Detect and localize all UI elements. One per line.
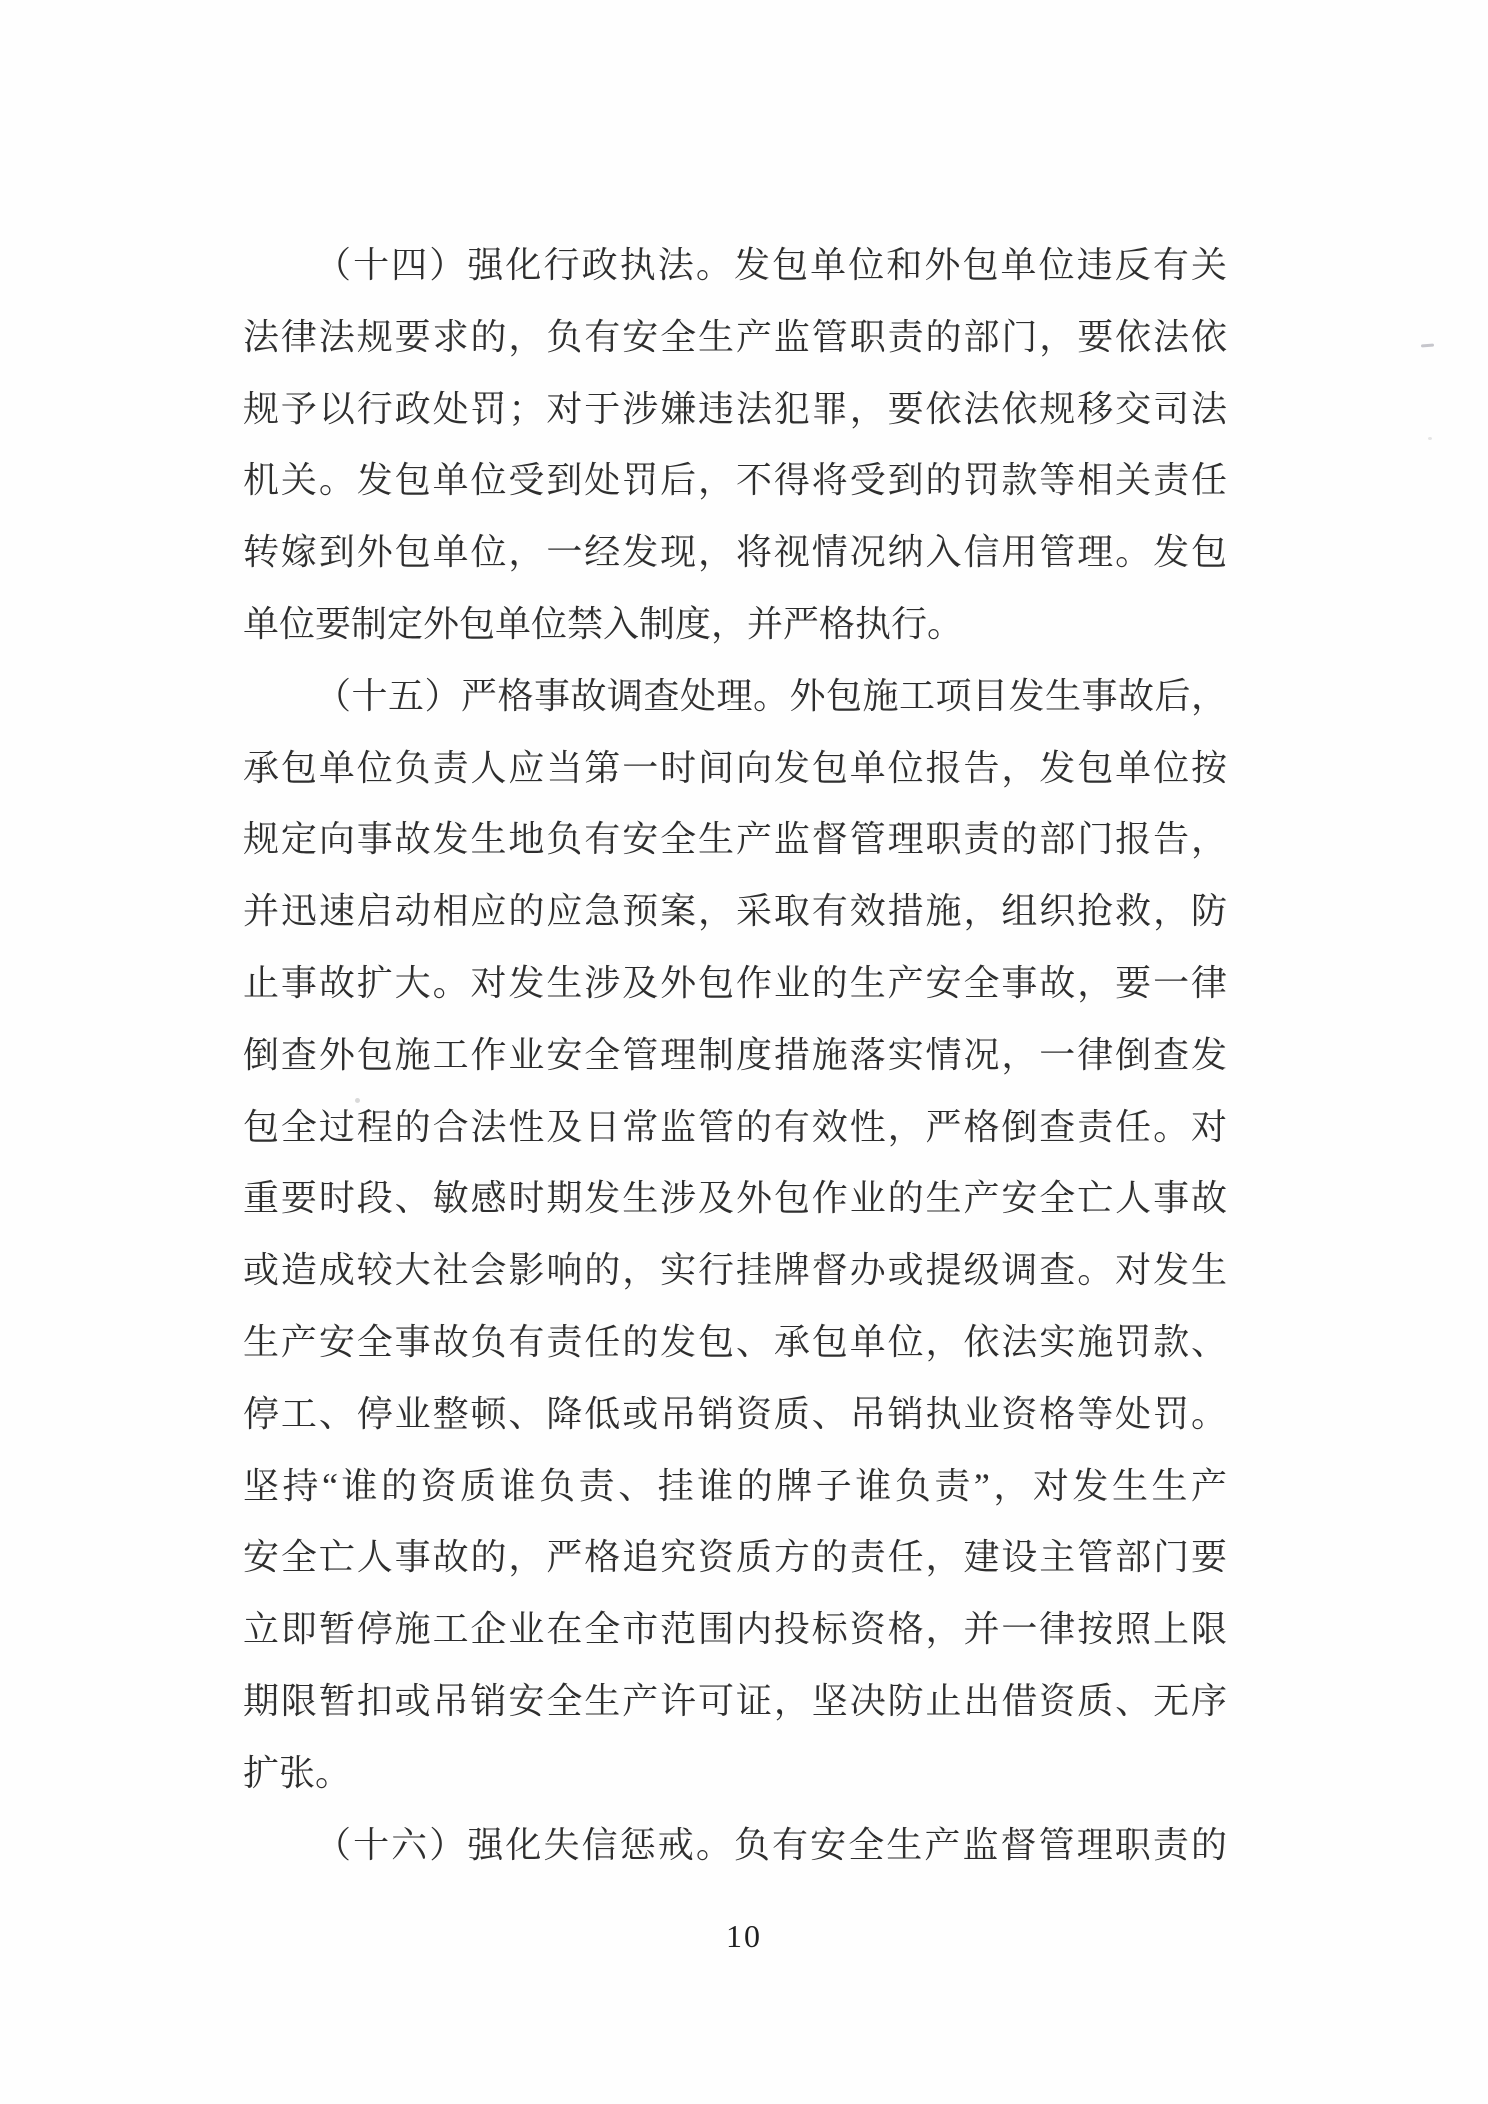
text-line: 扩张。: [243, 1738, 1227, 1810]
text-line: 并迅速启动相应的应急预案，采取有效措施，组织抢救，防: [243, 876, 1227, 948]
text-line: 立即暂停施工企业在全市范围内投标资格，并一律按照上限: [243, 1594, 1227, 1666]
text-line: 法律法规要求的，负有安全生产监管职责的部门，要依法依: [243, 302, 1227, 374]
text-line: （十六）强化失信惩戒。负有安全生产监督管理职责的: [243, 1810, 1227, 1882]
scan-artifact-speck: [1428, 437, 1432, 440]
text-line: 停工、停业整顿、降低或吊销资质、吊销执业资格等处罚。: [243, 1379, 1227, 1451]
text-line: 倒查外包施工作业安全管理制度措施落实情况，一律倒查发: [243, 1020, 1227, 1092]
text-line: 转嫁到外包单位，一经发现，将视情况纳入信用管理。发包: [243, 517, 1227, 589]
paragraph-clause-16: （十六）强化失信惩戒。负有安全生产监督管理职责的: [243, 1810, 1227, 1882]
text-line: （十四）强化行政执法。发包单位和外包单位违反有关: [243, 230, 1227, 302]
text-line: 单位要制定外包单位禁入制度，并严格执行。: [243, 589, 1227, 661]
text-line: 承包单位负责人应当第一时间向发包单位报告，发包单位按: [243, 733, 1227, 805]
scan-artifact-dash: [1421, 344, 1434, 348]
document-page: （十四）强化行政执法。发包单位和外包单位违反有关法律法规要求的，负有安全生产监管…: [0, 0, 1488, 2104]
text-line: 规定向事故发生地负有安全生产监督管理职责的部门报告，: [243, 804, 1227, 876]
text-line: 安全亡人事故的，严格追究资质方的责任，建设主管部门要: [243, 1522, 1227, 1594]
text-line: 或造成较大社会影响的，实行挂牌督办或提级调查。对发生: [243, 1235, 1227, 1307]
document-body: （十四）强化行政执法。发包单位和外包单位违反有关法律法规要求的，负有安全生产监管…: [243, 230, 1227, 1881]
paragraph-clause-14: （十四）强化行政执法。发包单位和外包单位违反有关法律法规要求的，负有安全生产监管…: [243, 230, 1227, 661]
text-line: 机关。发包单位受到处罚后，不得将受到的罚款等相关责任: [243, 445, 1227, 517]
text-line: 期限暂扣或吊销安全生产许可证，坚决防止出借资质、无序: [243, 1666, 1227, 1738]
text-line: 坚持“谁的资质谁负责、挂谁的牌子谁负责”，对发生生产: [243, 1451, 1227, 1523]
text-line: （十五）严格事故调查处理。外包施工项目发生事故后，: [243, 661, 1227, 733]
text-line: 包全过程的合法性及日常监管的有效性，严格倒查责任。对: [243, 1092, 1227, 1164]
paragraph-clause-15: （十五）严格事故调查处理。外包施工项目发生事故后，承包单位负责人应当第一时间向发…: [243, 661, 1227, 1810]
text-line: 重要时段、敏感时期发生涉及外包作业的生产安全亡人事故: [243, 1163, 1227, 1235]
text-line: 止事故扩大。对发生涉及外包作业的生产安全事故，要一律: [243, 948, 1227, 1020]
page-number: 10: [0, 1918, 1488, 1955]
text-line: 生产安全事故负有责任的发包、承包单位，依法实施罚款、: [243, 1307, 1227, 1379]
text-line: 规予以行政处罚；对于涉嫌违法犯罪，要依法依规移交司法: [243, 374, 1227, 446]
